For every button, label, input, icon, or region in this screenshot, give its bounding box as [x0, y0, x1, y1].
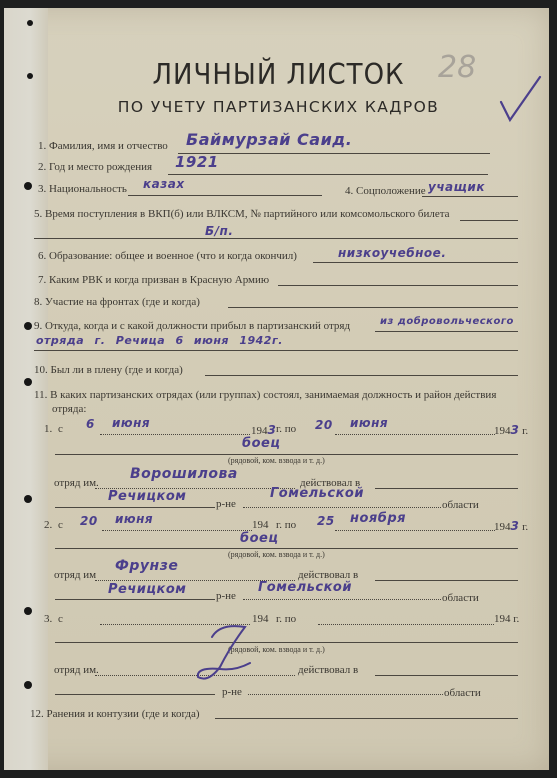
field-2-label: 2. Год и место рождения	[38, 161, 152, 173]
punch-hole	[24, 378, 32, 386]
detachment-2-position-caption: (рядовой, ком. взвода и т. д.)	[228, 550, 325, 559]
detachment-3-to-label: г. по	[276, 613, 296, 625]
detachment-2-acted-in-line	[375, 580, 518, 581]
field-11-label: 11. В каких партизанских отрядах (или гр…	[34, 389, 496, 401]
field-3-value: казах	[143, 177, 185, 191]
detachment-1-from-year: 1943	[251, 423, 276, 437]
detachment-3-district-line	[55, 694, 215, 695]
detachment-1-to-day: 20	[315, 418, 333, 432]
detachment-2-detachment-label: отряд им	[54, 569, 96, 581]
detachment-3-position-line	[55, 642, 518, 643]
detachment-3-from-label: с	[58, 613, 63, 625]
punch-hole	[27, 20, 33, 26]
detachment-2-detachment-name: Фрунзе	[115, 558, 178, 574]
year-printed: 194	[494, 425, 511, 437]
field-12-line	[215, 718, 518, 719]
field-4-line	[422, 196, 518, 197]
field-9-value-line-1: из добровольческого	[380, 316, 514, 327]
year-suffix: г.	[522, 521, 528, 533]
detachment-2-region: Гомельской	[258, 580, 352, 595]
field-5-value: Б/п.	[205, 224, 233, 238]
detachment-1-district: Речицком	[108, 489, 186, 504]
field-4-label: 4. Соцположение	[345, 185, 426, 197]
detachment-1-from-month: июня	[112, 416, 150, 430]
field-7-label: 7. Каким РВК и когда призван в Красную А…	[38, 274, 269, 286]
field-7-line	[278, 285, 518, 286]
detachment-2-from-label: с	[58, 519, 63, 531]
year-suffix: г.	[522, 425, 528, 437]
field-5-line-1	[460, 220, 518, 221]
detachment-2-from-month: июня	[115, 512, 153, 526]
detachment-2-district: Речицком	[108, 582, 186, 597]
detachment-1-region-line	[243, 507, 441, 508]
detachment-3-region-label: области	[444, 687, 481, 699]
detachment-2-position: боец	[240, 531, 278, 546]
detachment-3-district-label: р-не	[222, 686, 242, 698]
detachment-3-acted-in-line	[375, 675, 518, 676]
punch-hole	[24, 182, 32, 190]
detachment-3-to-line	[318, 624, 494, 625]
detachment-1-from-label: с	[58, 423, 63, 435]
detachment-1-region-label: области	[442, 499, 479, 511]
detachment-2-district-line	[55, 599, 215, 600]
field-8-label: 8. Участие на фронтах (где и когда)	[34, 296, 200, 308]
field-2-line	[168, 174, 488, 175]
field-9-line-1	[375, 331, 518, 332]
field-1-line	[178, 153, 490, 154]
detachment-1-district-label: р-не	[216, 498, 236, 510]
detachment-2-from-line	[102, 530, 252, 531]
detachment-1-region: Гомельской	[270, 486, 364, 501]
detachment-1-from-line	[100, 434, 250, 435]
detachment-1-to-month: июня	[350, 416, 388, 430]
year-hw: 3	[511, 423, 520, 437]
detachment-2-from-day: 20	[80, 514, 98, 528]
field-6-label: 6. Образование: общее и военное (что и к…	[38, 250, 297, 262]
detachment-2-to-label: г. по	[276, 519, 296, 531]
detachment-1-to-label: г. по	[276, 423, 296, 435]
detachment-1-position-line	[55, 454, 518, 455]
detachment-2-region-line	[243, 599, 441, 600]
detachment-1-acted-in-line	[375, 488, 518, 489]
detachment-2-to-month: ноября	[350, 511, 406, 526]
year-printed: 194	[494, 521, 511, 533]
field-1-value: Баймурзай Саид.	[186, 130, 352, 149]
check-icon	[498, 74, 543, 124]
field-6-line	[313, 262, 518, 263]
field-1-label: 1. Фамилия, имя и отчество	[38, 140, 168, 152]
punch-hole	[24, 495, 32, 503]
detachment-1-position: боец	[242, 436, 280, 451]
strike-mark-icon	[190, 617, 260, 687]
detachment-1-to-line	[335, 434, 495, 435]
field-10-line	[205, 375, 518, 376]
detachment-3-detachment-label: отряд им.	[54, 664, 99, 676]
field-3-label: 3. Национальность	[38, 183, 127, 195]
detachment-1-position-caption: (рядовой, ком. взвода и т. д.)	[228, 456, 325, 465]
field-11-label-cont: отряда:	[52, 403, 86, 415]
field-10-label: 10. Был ли в плену (где и когда)	[34, 364, 183, 376]
year-printed: 194	[494, 613, 511, 625]
detachment-2-to-day: 25	[317, 514, 335, 528]
page-subtitle: ПО УЧЕТУ ПАРТИЗАНСКИХ КАДРОВ	[0, 98, 557, 116]
detachment-2-district-label: р-не	[216, 590, 236, 602]
year-printed: 194	[252, 519, 269, 531]
detachment-1-to-year: 1943 г.	[494, 423, 528, 437]
field-4-value: учащик	[428, 180, 485, 194]
year-hw: 3	[511, 519, 520, 533]
detachment-3-region-line	[248, 694, 443, 695]
field-5-label: 5. Время поступления в ВКП(б) или ВЛКСМ,…	[34, 208, 450, 220]
archive-number: 28	[438, 50, 476, 85]
field-3-line	[128, 195, 322, 196]
detachment-1-index: 1.	[44, 423, 52, 435]
field-2-value: 1921	[175, 153, 219, 171]
punch-hole	[24, 607, 32, 615]
detachment-2-index: 2.	[44, 519, 52, 531]
detachment-2-to-year: 1943 г.	[494, 519, 528, 533]
detachment-2-region-label: области	[442, 592, 479, 604]
detachment-2-to-line	[335, 530, 495, 531]
detachment-1-district-line	[55, 507, 215, 508]
detachment-1-detachment-name: Ворошилова	[130, 466, 238, 482]
field-8-line	[228, 307, 518, 308]
punch-hole	[24, 681, 32, 689]
detachment-2-position-line	[55, 548, 518, 549]
detachment-1-from-day: 6	[86, 417, 95, 431]
field-6-value: низкоучебное.	[338, 246, 446, 260]
detachment-1-detachment-label: отряд им.	[54, 477, 99, 489]
detachment-3-to-year: 194 г.	[494, 613, 519, 625]
field-12-label: 12. Ранения и контузии (где и когда)	[30, 708, 200, 720]
field-9-label: 9. Откуда, когда и с какой должности при…	[34, 320, 350, 332]
field-5-line-2	[34, 238, 518, 239]
detachment-3-acted-in-label: действовал в	[298, 664, 358, 676]
detachment-2-from-year: 194	[252, 519, 269, 531]
detachment-3-index: 3.	[44, 613, 52, 625]
punch-hole	[24, 322, 32, 330]
year-suffix: г.	[513, 613, 519, 625]
field-9-line-2	[34, 350, 518, 351]
field-9-value-line-2: отряда г. Речица 6 июня 1942г.	[36, 334, 283, 347]
